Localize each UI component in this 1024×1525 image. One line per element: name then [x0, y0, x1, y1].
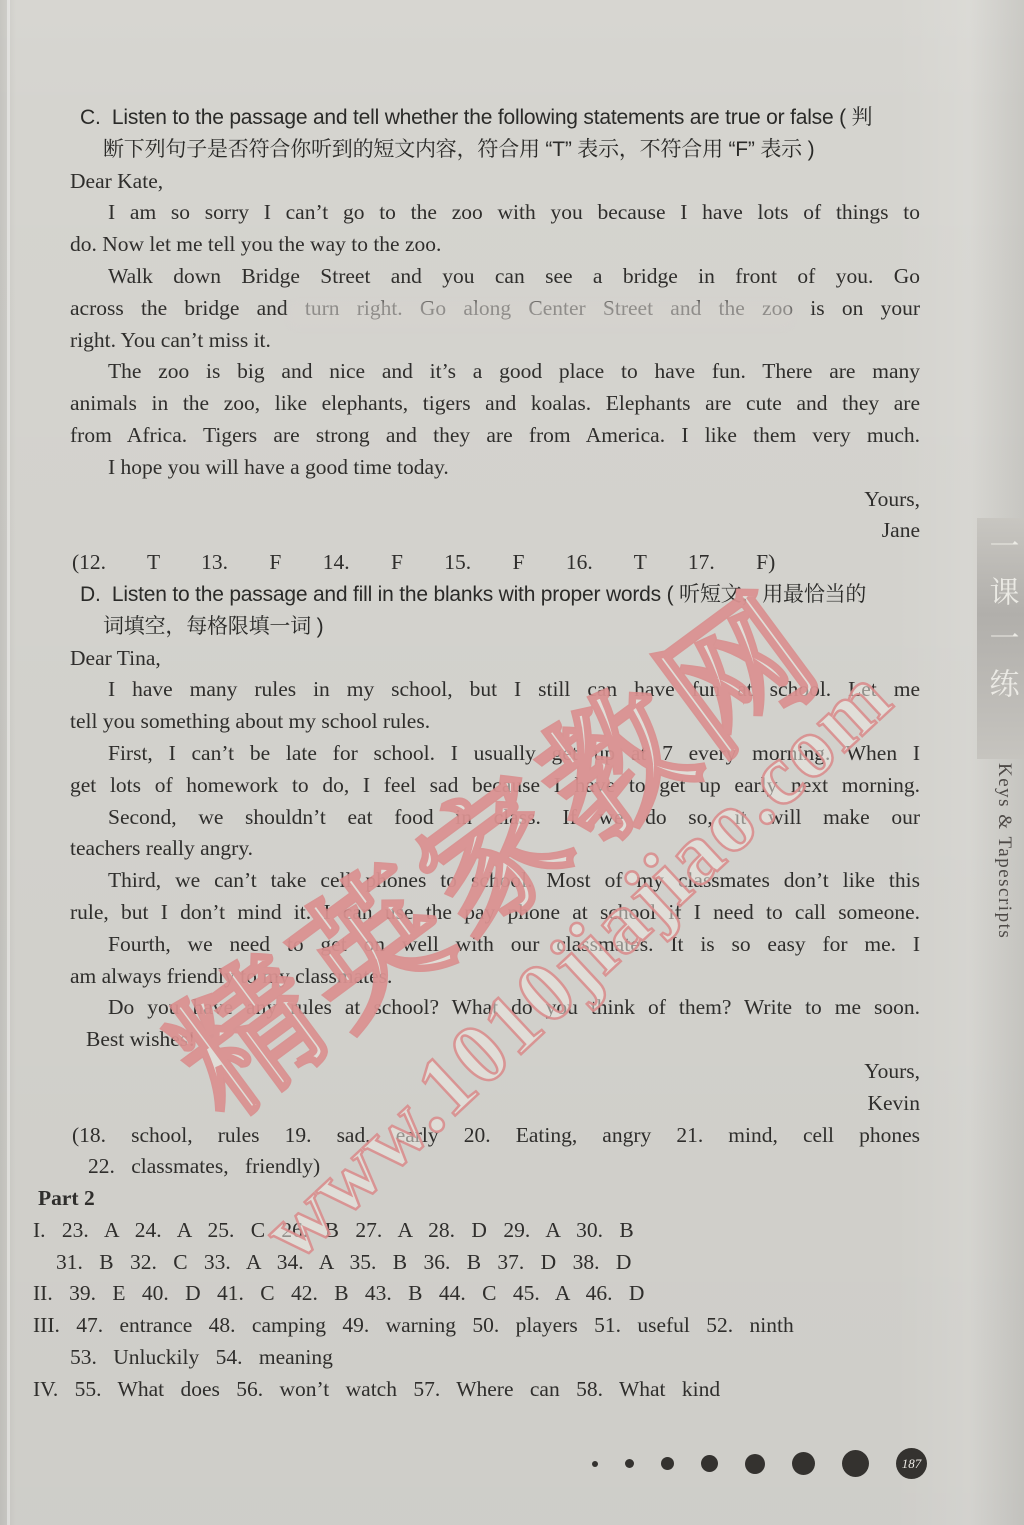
text-line: 词填空，每格限填一词 ) [103, 611, 920, 643]
text-line: D. Listen to the passage and fill in the… [80, 579, 920, 611]
text-line: Second, we shouldn’t eat food in class. … [108, 802, 920, 834]
text-line: II. 39. E 40. D 41. C 42. B 43. B 44. C … [33, 1278, 920, 1310]
keys-tapescripts-tab: Keys & Tapescripts [993, 763, 1015, 939]
text-line: 断下列句子是否符合你听到的短文内容，符合用 “T” 表示，不符合用 “F” 表示… [103, 134, 920, 166]
page-edge [7, 0, 10, 1525]
text-line: Yours, [70, 1056, 920, 1088]
text-line: Dear Kate, [70, 166, 920, 198]
text-line: Jane [70, 515, 920, 547]
text-line: I am so sorry I can’t go to the zoo with… [108, 197, 920, 229]
footer-dot [842, 1450, 869, 1477]
text-line: Fourth, we need to get on well with our … [108, 929, 920, 961]
text-line: Third, we can’t take cell phones to scho… [108, 865, 920, 897]
footer-dot [661, 1457, 674, 1470]
text-line: Yours, [70, 484, 920, 516]
text-line: C. Listen to the passage and tell whethe… [80, 102, 920, 134]
text-line: teachers really angry. [70, 833, 920, 865]
text-line: Kevin [70, 1088, 920, 1120]
footer-dot [625, 1459, 634, 1468]
text-line: 22. classmates, friendly) [88, 1151, 920, 1183]
text-line: do. Now let me tell you the way to the z… [70, 229, 920, 261]
text-line: I have many rules in my school, but I st… [108, 674, 920, 706]
text-line: I hope you will have a good time today. [108, 452, 920, 484]
text-line: Dear Tina, [70, 643, 920, 675]
text-line: Best wishes! [86, 1024, 920, 1056]
text-line: (18. school, rules 19. sad, early 20. Ea… [72, 1120, 920, 1152]
text-line: The zoo is big and nice and it’s a good … [108, 356, 920, 388]
text-line: IV. 55. What does 56. won’t watch 57. Wh… [33, 1374, 920, 1406]
text-line: 31. B 32. C 33. A 34. A 35. B 36. B 37. … [56, 1247, 920, 1279]
text-line: 53. Unluckily 54. meaning [70, 1342, 920, 1374]
text-line: Do you have any rules at school? What do… [108, 992, 920, 1024]
text-line: animals in the zoo, like elephants, tige… [70, 388, 920, 420]
workbook-page: C. Listen to the passage and tell whethe… [0, 0, 1024, 1525]
text-line: am always friendly to my classmates. [70, 961, 920, 993]
text-line: right. You can’t miss it. [70, 325, 920, 357]
footer-dots: 187 [592, 1448, 927, 1479]
series-tab-label: 一课一练 [979, 530, 1023, 714]
footer-dot [792, 1452, 815, 1475]
page-number-dot: 187 [896, 1448, 927, 1479]
text-line: get lots of homework to do, I feel sad b… [70, 770, 920, 802]
text-line: III. 47. entrance 48. camping 49. warnin… [33, 1310, 920, 1342]
footer-dot [701, 1455, 718, 1472]
text-line: from Africa. Tigers are strong and they … [70, 420, 920, 452]
text-lines: C. Listen to the passage and tell whethe… [70, 102, 920, 1406]
text-line: tell you something about my school rules… [70, 706, 920, 738]
text-line: First, I can’t be late for school. I usu… [108, 738, 920, 770]
footer-dot [745, 1454, 765, 1474]
text-line: rule, but I don’t mind it. I can use the… [70, 897, 920, 929]
text-line: Part 2 [38, 1183, 920, 1215]
footer-dot [592, 1461, 598, 1467]
print-smudge [288, 301, 793, 329]
series-tab-block: 一课一练 [977, 518, 1024, 759]
text-line: I. 23. A 24. A 25. C 26. B 27. A 28. D 2… [33, 1215, 920, 1247]
text-line: (12. T 13. F 14. F 15. F 16. T 17. F) [72, 547, 920, 579]
page-number: 187 [902, 1457, 922, 1470]
text-line: Walk down Bridge Street and you can see … [108, 261, 920, 293]
